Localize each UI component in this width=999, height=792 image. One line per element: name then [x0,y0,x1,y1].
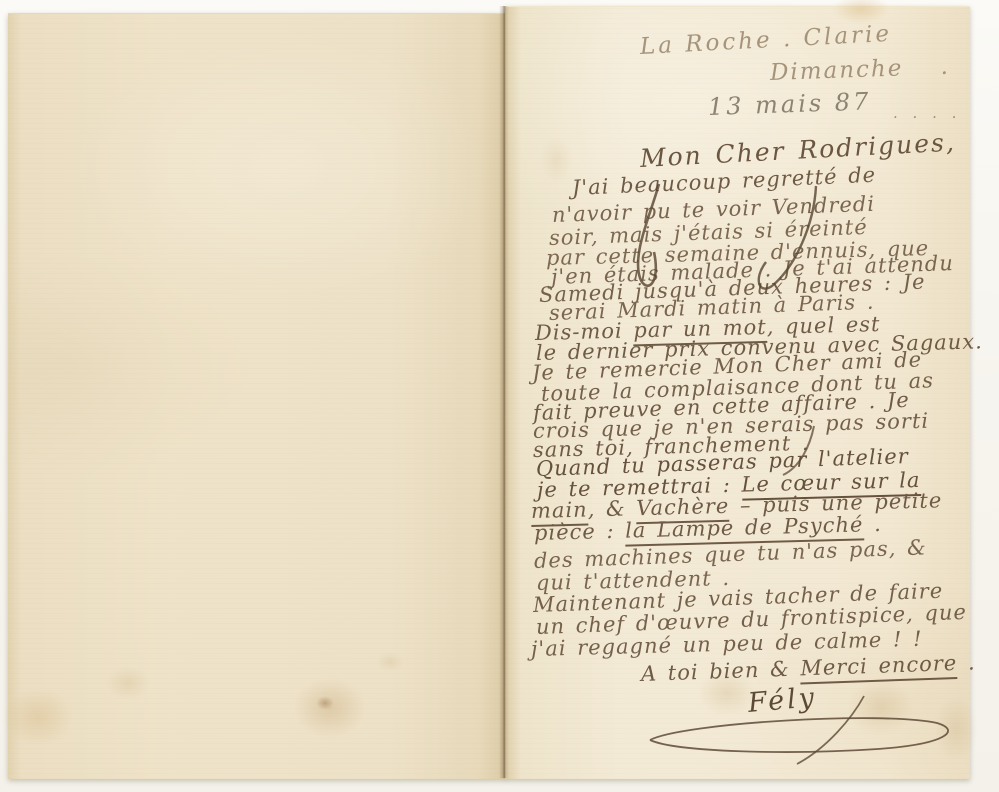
letter-line-19: pièce : la Lampe de Psyché . [534,514,882,544]
text-run: pièce : [534,519,626,545]
text-run: serai Mardi matin à Paris . [549,290,875,325]
text-run: toute la complaisance dont tu as [541,368,935,406]
text-run: par cette semaine d'ennuis, que [546,236,930,270]
letter-line-20: des machines que tu n'as pas, & [534,537,927,572]
underlined-phrase: par un mot [633,315,767,346]
text-run: crois que je n'en serais pas sorti [533,409,930,443]
text-run: Mon Cher Rodrigues, [639,127,956,173]
letter-line-8: serai Mardi matin à Paris . [549,292,875,324]
text-run: . [957,650,976,675]
text-run: , quel est [766,312,880,339]
text-run: Samedi jusqu'à deux heures : Je [539,270,926,307]
letter-line-2: J'ai beaucoup regretté de [572,165,877,199]
letter-line-13: fait preuve en cette affaire . Je [533,390,910,424]
text-run: soir, mais j'étais si éreinté [549,215,868,250]
underlined-phrase: main [531,498,588,527]
letter-line-4: soir, mais j'étais si éreinté [549,217,868,249]
letter-line-7: Samedi jusqu'à deux heures : Je [539,272,926,306]
text-run: , & [587,496,636,521]
text-run: Quand tu passeras par l'atelier [536,444,910,481]
text-run: j'en étais malade . Je t'ai attendu [551,251,955,289]
text-run: J'ai beaucoup regretté de [571,163,876,200]
text-run: je te remettrai : [537,473,742,502]
text-run: Dis-moi [535,318,634,345]
text-run: sans toi, franchement . [533,431,810,462]
underlined-phrase: la Lampe de Psyché [625,512,864,546]
letter-line-16: Quand tu passeras par l'atelier [536,446,909,480]
letter-line-12: toute la complaisance dont tu as [541,370,935,405]
text-run: j'ai regagné un peu de calme ! ! [531,627,923,661]
letter-line-9: Dis-moi par un mot, quel est [535,314,881,344]
letter-line-15: sans toi, franchement . [533,433,810,461]
letter-line-1: Mon Cher Rodrigues, [639,129,956,171]
letter-line-18: main, & Vachère – puis une petite [531,490,943,522]
underlined-phrase: Merci encore [800,651,958,684]
scanned-letter: La Roche . Clarie Dimanche . 13 mais 87 … [0,0,999,792]
letter-line-3: n'avoir pu te voir Vendredi [552,194,876,226]
underlined-phrase: Le cœur sur la [741,468,921,501]
letter-line-21: qui t'attendent . [536,568,731,594]
letter-line-5: par cette semaine d'ennuis, que [546,238,930,269]
text-run: qui t'attendent . [536,566,731,595]
letter-line-11: Je te remercie Mon Cher ami de [532,349,923,384]
letter-line-10: le dernier prix convenu avec Sagaux. [536,331,983,364]
letter-body: Mon Cher Rodrigues,J'ai beaucoup regrett… [0,0,999,792]
text-run: A toi bien & [641,656,801,686]
text-run: un chef d'œuvre du frontispice, que [536,600,968,639]
underlined-phrase: Vachère [636,494,730,524]
letter-line-14: crois que je n'en serais pas sorti [533,411,930,442]
text-run: . [863,512,882,536]
letter-line-6: j'en étais malade . Je t'ai attendu [551,253,954,288]
text-run: Je te remercie Mon Cher ami de [532,347,923,385]
letter-line-23: un chef d'œuvre du frontispice, que [536,602,968,638]
text-run: Maintenant je vais tacher de faire [533,579,944,617]
text-run: – puis une petite [729,488,943,518]
letter-line-22: Maintenant je vais tacher de faire [533,581,944,616]
letter-line-25: A toi bien & Merci encore . [641,652,976,685]
letter-line-24: j'ai regagné un peu de calme ! ! [531,629,923,660]
text-run: des machines que tu n'as pas, & [534,535,928,573]
text-run: fait preuve en cette affaire . Je [533,388,911,425]
text-run: n'avoir pu te voir Vendredi [552,192,876,227]
text-run: le dernier prix convenu avec Sagaux. [536,329,983,365]
letter-line-17: je te remettrai : Le cœur sur la [537,470,921,501]
